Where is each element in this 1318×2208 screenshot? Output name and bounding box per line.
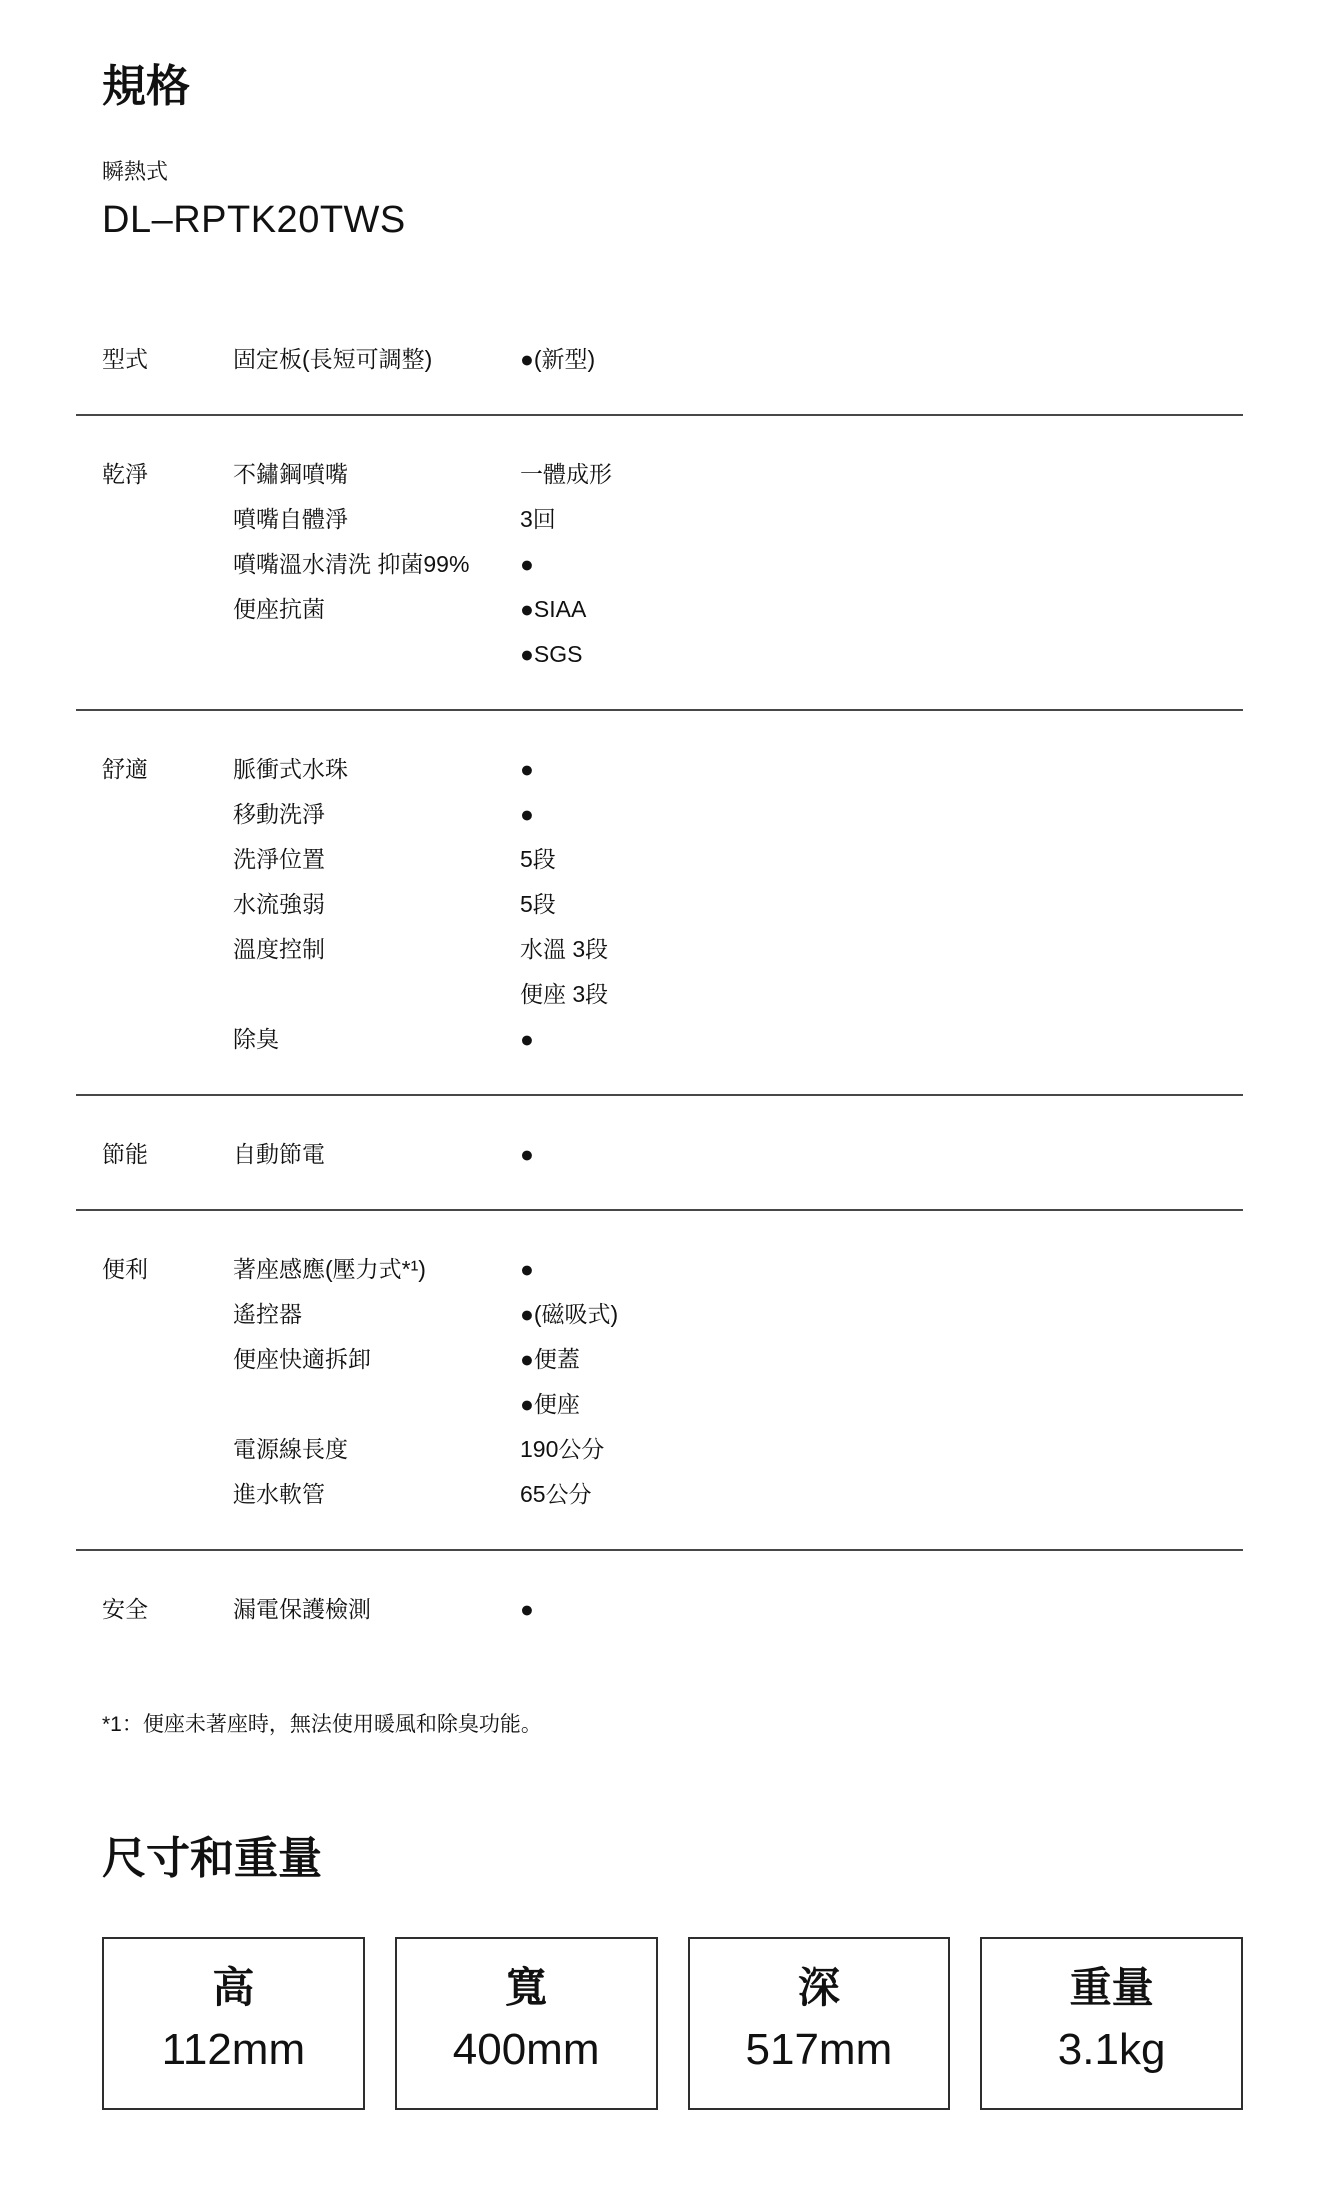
spec-value-line: ●: [520, 1017, 1243, 1062]
spec-category: 舒適: [76, 747, 233, 792]
spec-value-line: ●: [520, 1132, 1243, 1177]
product-type-label: 瞬熱式: [102, 159, 1243, 185]
spec-feature: 脈衝式水珠: [233, 747, 520, 792]
spec-category: [76, 1292, 233, 1337]
spec-value: ●: [520, 1132, 1243, 1177]
spec-value-line: 5段: [520, 837, 1243, 882]
spec-category: [76, 542, 233, 587]
spec-table: 型式固定板(長短可調整)●(新型)乾淨不鏽鋼噴嘴一體成形噴嘴自體淨3回噴嘴溫水清…: [76, 301, 1243, 1664]
spec-value: ●SIAA●SGS: [520, 587, 1243, 677]
spec-page: 規格 瞬熱式 DL–RPTK20TWS 型式固定板(長短可調整)●(新型)乾淨不…: [76, 0, 1243, 2208]
dimension-card-label: 高: [104, 1961, 363, 2016]
spec-feature: 水流強弱: [233, 882, 520, 927]
spec-category: [76, 1472, 233, 1517]
spec-section: 型式固定板(長短可調整)●(新型): [76, 301, 1243, 416]
spec-category: 型式: [76, 337, 233, 382]
spec-value: 水溫 3段便座 3段: [520, 927, 1243, 1017]
spec-value: ●: [520, 747, 1243, 792]
dimension-card-value: 3.1kg: [982, 2021, 1241, 2078]
spec-value-line: ●便蓋: [520, 1337, 1243, 1382]
footnote: *1：便座未著座時，無法使用暖風和除臭功能。: [102, 1712, 1243, 1738]
dimension-cards: 高 112mm 寬 400mm 深 517mm 重量 3.1kg: [102, 1937, 1243, 2111]
spec-feature: 便座快適拆卸: [233, 1337, 520, 1427]
spec-feature: 噴嘴溫水清洗 抑菌99%: [233, 542, 520, 587]
spec-value-line: 水溫 3段: [520, 927, 1243, 972]
spec-value: 5段: [520, 837, 1243, 882]
spec-feature: 固定板(長短可調整): [233, 337, 520, 382]
spec-feature: 便座抗菌: [233, 587, 520, 677]
spec-category: 節能: [76, 1132, 233, 1177]
spec-value: ●: [520, 542, 1243, 587]
spec-feature: 移動洗淨: [233, 792, 520, 837]
spec-value: ●: [520, 792, 1243, 837]
spec-category: [76, 497, 233, 542]
dimension-card-label: 重量: [982, 1961, 1241, 2016]
spec-feature: 除臭: [233, 1017, 520, 1062]
spec-value-line: 一體成形: [520, 452, 1243, 497]
dimension-card-value: 400mm: [397, 2021, 656, 2078]
spec-value-line: ●: [520, 1247, 1243, 1292]
spec-value-line: 3回: [520, 497, 1243, 542]
spec-value: ●: [520, 1247, 1243, 1292]
spec-value-line: ●(磁吸式): [520, 1292, 1243, 1337]
spec-feature: 漏電保護檢測: [233, 1587, 520, 1632]
spec-value-line: 便座 3段: [520, 972, 1243, 1017]
spec-feature: 進水軟管: [233, 1472, 520, 1517]
dimension-card: 寬 400mm: [395, 1937, 658, 2111]
spec-section: 乾淨不鏽鋼噴嘴一體成形噴嘴自體淨3回噴嘴溫水清洗 抑菌99%●便座抗菌●SIAA…: [76, 416, 1243, 711]
spec-value: ●: [520, 1017, 1243, 1062]
dimension-card: 深 517mm: [688, 1937, 951, 2111]
spec-feature: 自動節電: [233, 1132, 520, 1177]
spec-value-line: 190公分: [520, 1427, 1243, 1472]
spec-category: 安全: [76, 1587, 233, 1632]
dimension-card-value: 517mm: [690, 2021, 949, 2078]
spec-category: [76, 1337, 233, 1427]
spec-section: 便利著座感應(壓力式*¹)●遙控器●(磁吸式)便座快適拆卸●便蓋●便座電源線長度…: [76, 1211, 1243, 1551]
spec-value-line: ●: [520, 792, 1243, 837]
spec-category: [76, 792, 233, 837]
spec-value-line: ●: [520, 542, 1243, 587]
spec-section: 安全漏電保護檢測●: [76, 1551, 1243, 1664]
spec-value: 190公分: [520, 1427, 1243, 1472]
spec-category: 便利: [76, 1247, 233, 1292]
spec-category: [76, 882, 233, 927]
spec-feature: 遙控器: [233, 1292, 520, 1337]
spec-value: ●便蓋●便座: [520, 1337, 1243, 1427]
spec-value-line: 65公分: [520, 1472, 1243, 1517]
spec-value: ●(磁吸式): [520, 1292, 1243, 1337]
spec-value: 65公分: [520, 1472, 1243, 1517]
spec-category: [76, 587, 233, 677]
model-number: DL–RPTK20TWS: [102, 199, 1243, 243]
spec-feature: 電源線長度: [233, 1427, 520, 1472]
spec-section: 節能自動節電●: [76, 1096, 1243, 1211]
spec-category: 乾淨: [76, 452, 233, 497]
dimension-card-label: 寬: [397, 1961, 656, 2016]
spec-category: [76, 927, 233, 1017]
dimension-card: 高 112mm: [102, 1937, 365, 2111]
spec-value-line: ●: [520, 1587, 1243, 1632]
spec-category: [76, 1427, 233, 1472]
spec-value-line: ●: [520, 747, 1243, 792]
spec-category: [76, 837, 233, 882]
spec-value: 一體成形: [520, 452, 1243, 497]
dimension-card: 重量 3.1kg: [980, 1937, 1243, 2111]
dimension-card-label: 深: [690, 1961, 949, 2016]
spec-feature: 洗淨位置: [233, 837, 520, 882]
spec-value: ●(新型): [520, 337, 1243, 382]
spec-value: ●: [520, 1587, 1243, 1632]
spec-value-line: ●便座: [520, 1382, 1243, 1427]
spec-section: 舒適脈衝式水珠●移動洗淨●洗淨位置5段水流強弱5段溫度控制水溫 3段便座 3段除…: [76, 711, 1243, 1096]
spec-feature: 溫度控制: [233, 927, 520, 1017]
dimension-card-value: 112mm: [104, 2021, 363, 2078]
spec-value-line: 5段: [520, 882, 1243, 927]
spec-value: 3回: [520, 497, 1243, 542]
page-title: 規格: [102, 62, 1243, 113]
spec-value-line: ●SGS: [520, 632, 1243, 677]
spec-feature: 著座感應(壓力式*¹): [233, 1247, 520, 1292]
dimensions-heading: 尺寸和重量: [102, 1834, 1243, 1885]
spec-category: [76, 1017, 233, 1062]
spec-feature: 不鏽鋼噴嘴: [233, 452, 520, 497]
spec-value-line: ●SIAA: [520, 587, 1243, 632]
spec-value-line: ●(新型): [520, 337, 1243, 382]
spec-value: 5段: [520, 882, 1243, 927]
spec-feature: 噴嘴自體淨: [233, 497, 520, 542]
